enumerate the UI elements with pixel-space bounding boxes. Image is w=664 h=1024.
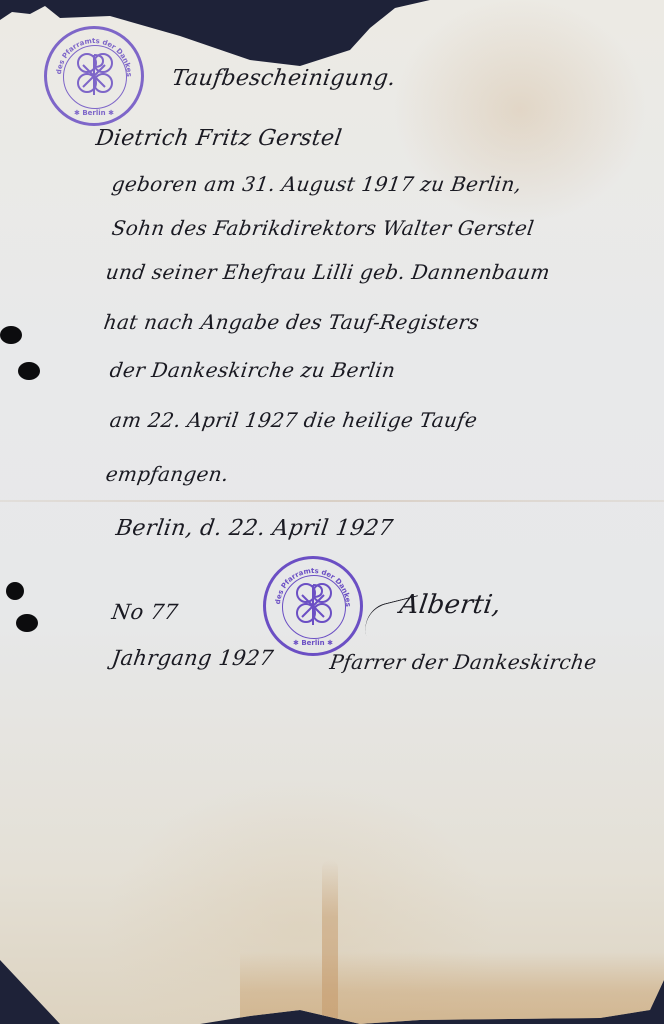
seal-bottom-text: ✱ Berlin ✱ (293, 639, 333, 647)
svg-text:Siegel des Pfarramts der Danke: Siegel des Pfarramts der Dankeskirche (266, 559, 352, 607)
seal-ring-text: Siegel des Pfarramts der Dankeskirche (266, 559, 352, 607)
church-seal-bottom: Siegel des Pfarramts der Dankeskirche ✱ … (263, 556, 363, 656)
birth-line: geboren am 31. August 1917 zu Berlin, (110, 172, 523, 196)
horizontal-fold-line (0, 500, 664, 502)
water-drip-stain (322, 860, 338, 1024)
pastor-signature: Alberti, (398, 590, 503, 620)
church-line: der Dankeskirche zu Berlin (108, 358, 397, 382)
chi-rho-icon: Siegel des Pfarramts der Dankeskirche ✱ … (47, 29, 141, 123)
chi-rho-icon: Siegel des Pfarramts der Dankeskirche ✱ … (266, 559, 360, 653)
father-line: Sohn des Fabrikdirektors Walter Gerstel (110, 216, 535, 240)
punch-hole (18, 362, 40, 380)
svg-text:Siegel des Pfarramts der Danke: Siegel des Pfarramts der Dankeskirche (47, 29, 133, 77)
document-title: Taufbescheinigung. (170, 66, 397, 91)
baptism-date-line: am 22. April 1927 die heilige Taufe (108, 408, 479, 432)
baptized-name: Dietrich Fritz Gerstel (94, 126, 343, 151)
punch-hole (0, 326, 22, 344)
register-line: hat nach Angabe des Tauf-Registers (102, 310, 480, 334)
register-year: Jahrgang 1927 (110, 646, 275, 670)
certificate-paper: Siegel des Pfarramts der Dankeskirche ✱ … (0, 0, 664, 1024)
punch-hole (16, 614, 38, 632)
received-line: empfangen. (104, 462, 230, 486)
seal-bottom-text: ✱ Berlin ✱ (74, 109, 114, 117)
punch-hole (6, 582, 24, 600)
seal-ring-text: Siegel des Pfarramts der Dankeskirche (47, 29, 133, 77)
mother-line: und seiner Ehefrau Lilli geb. Dannenbaum (104, 260, 551, 284)
pastor-title: Pfarrer der Dankeskirche (328, 650, 598, 674)
register-number: No 77 (110, 600, 179, 624)
water-stain (240, 864, 664, 1024)
church-seal-top: Siegel des Pfarramts der Dankeskirche ✱ … (44, 26, 144, 126)
place-date: Berlin, d. 22. April 1927 (114, 516, 395, 541)
